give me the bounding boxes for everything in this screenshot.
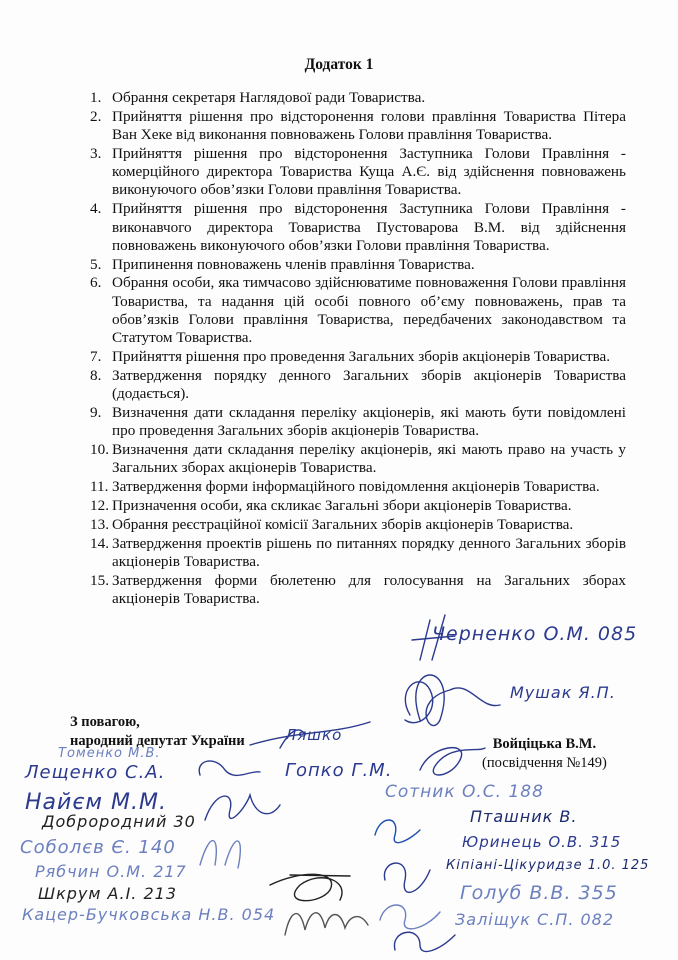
agenda-item: 12.Призначення особи, яка скликає Загаль…	[90, 497, 626, 515]
agenda-item-text: Обрання реєстраційної комісії Загальних …	[112, 516, 573, 533]
agenda-item: 2.Прийняття рішення про відсторонення го…	[90, 108, 626, 145]
agenda-item-text: Прийняття рішення про проведення Загальн…	[112, 348, 610, 365]
agenda-item-number: 5.	[90, 256, 101, 274]
document-title: Додаток 1	[0, 56, 678, 74]
agenda-item-number: 1.	[90, 89, 101, 107]
agenda-item-number: 4.	[90, 200, 101, 218]
agenda-item-number: 15.	[90, 572, 109, 590]
agenda-item-text: Припинення повноважень членів правління …	[112, 256, 475, 273]
agenda-item-text: Обрання секретаря Наглядової ради Товари…	[112, 89, 425, 106]
agenda-item-number: 8.	[90, 367, 101, 385]
agenda-item: 7.Прийняття рішення про проведення Загал…	[90, 348, 626, 366]
signature-handwritten: Пташник В.	[470, 807, 577, 826]
agenda-item-number: 10.	[90, 441, 109, 459]
agenda-item-text: Прийняття рішення про відсторонення Заст…	[112, 145, 626, 199]
agenda-item: 10.Визначення дати складання переліку ак…	[90, 441, 626, 478]
agenda-item: 6.Обрання особи, яка тимчасово здійснюва…	[90, 274, 626, 347]
signature-handwritten: Мушак Я.П.	[510, 683, 616, 702]
agenda-item: 4.Прийняття рішення про відсторонення За…	[90, 200, 626, 255]
agenda-item-text: Визначення дати складання переліку акціо…	[112, 441, 626, 476]
agenda-item: 3.Прийняття рішення про відсторонення За…	[90, 145, 626, 200]
agenda-item-text: Затвердження форми бюлетеню для голосува…	[112, 572, 626, 607]
signature-handwritten: Юринець О.В. 315	[462, 833, 621, 851]
agenda-item-text: Затвердження порядку денного Загальних з…	[112, 367, 626, 402]
agenda-item-number: 12.	[90, 497, 109, 515]
agenda-item-number: 7.	[90, 348, 101, 366]
signature-handwritten: Гопко Г.М.	[285, 760, 392, 781]
agenda-item-number: 9.	[90, 404, 101, 422]
agenda-item-text: Прийняття рішення про відсторонення Заст…	[112, 200, 626, 254]
signature-handwritten: Черненко О.М. 085	[432, 623, 637, 645]
agenda-item-text: Визначення дати складання переліку акціо…	[112, 404, 626, 439]
agenda-list: 1.Обрання секретаря Наглядової ради Това…	[90, 89, 626, 609]
agenda-item-number: 3.	[90, 145, 101, 163]
agenda-item-number: 13.	[90, 516, 109, 534]
signature-handwritten: Томенко М.В.	[58, 746, 161, 761]
signature-handwritten: Голуб В.В. 355	[460, 882, 618, 904]
agenda-item-number: 6.	[90, 274, 101, 292]
agenda-item-number: 14.	[90, 535, 109, 553]
agenda-item-text: Призначення особи, яка скликає Загальні …	[112, 497, 572, 514]
signature-handwritten: Шкрум А.І. 213	[38, 884, 177, 903]
agenda-item: 13.Обрання реєстраційної комісії Загальн…	[90, 516, 626, 534]
document-page: Додаток 1 1.Обрання секретаря Наглядової…	[0, 0, 678, 960]
signature-handwritten: Соболєв Є. 140	[20, 837, 176, 858]
agenda-item-number: 11.	[90, 478, 108, 496]
signature-handwritten: Сотник О.С. 188	[385, 782, 544, 802]
agenda-item: 15.Затвердження форми бюлетеню для голос…	[90, 572, 626, 609]
signature-handwritten: Кіпіані-Цікуридзе 1.0. 125	[446, 858, 649, 873]
agenda-item: 5.Припинення повноважень членів правлінн…	[90, 256, 626, 274]
signature-handwritten: Заліщук С.П. 082	[455, 910, 614, 929]
signature-handwritten: Кацер-Бучковська Н.В. 054	[22, 905, 275, 924]
signature-handwritten: Ляшко	[285, 726, 342, 744]
closing-salutation: З повагою,	[70, 713, 245, 732]
agenda-item: 9.Визначення дати складання переліку акц…	[90, 404, 626, 441]
agenda-item: 14.Затвердження проектів рішень по питан…	[90, 535, 626, 572]
signer-credential: (посвідчення №149)	[482, 754, 607, 773]
signature-handwritten: Доброродний 30	[42, 812, 196, 831]
agenda-item-text: Затвердження форми інформаційного повідо…	[112, 478, 600, 495]
agenda-item: 8.Затвердження порядку денного Загальних…	[90, 367, 626, 404]
signature-handwritten: Лещенко С.А.	[25, 762, 165, 783]
agenda-item-number: 2.	[90, 108, 101, 126]
signature-handwritten: Рябчин О.М. 217	[35, 862, 187, 881]
agenda-item-text: Затвердження проектів рішень по питаннях…	[112, 535, 626, 570]
signer-block: Войціцька В.М. (посвідчення №149)	[482, 735, 607, 773]
agenda-item-text: Обрання особи, яка тимчасово здійснювати…	[112, 274, 626, 346]
agenda-item: 11.Затвердження форми інформаційного пов…	[90, 478, 626, 496]
agenda-item: 1.Обрання секретаря Наглядової ради Това…	[90, 89, 626, 107]
agenda-item-text: Прийняття рішення про відсторонення голо…	[112, 108, 626, 143]
signer-name: Войціцька В.М.	[482, 735, 607, 754]
